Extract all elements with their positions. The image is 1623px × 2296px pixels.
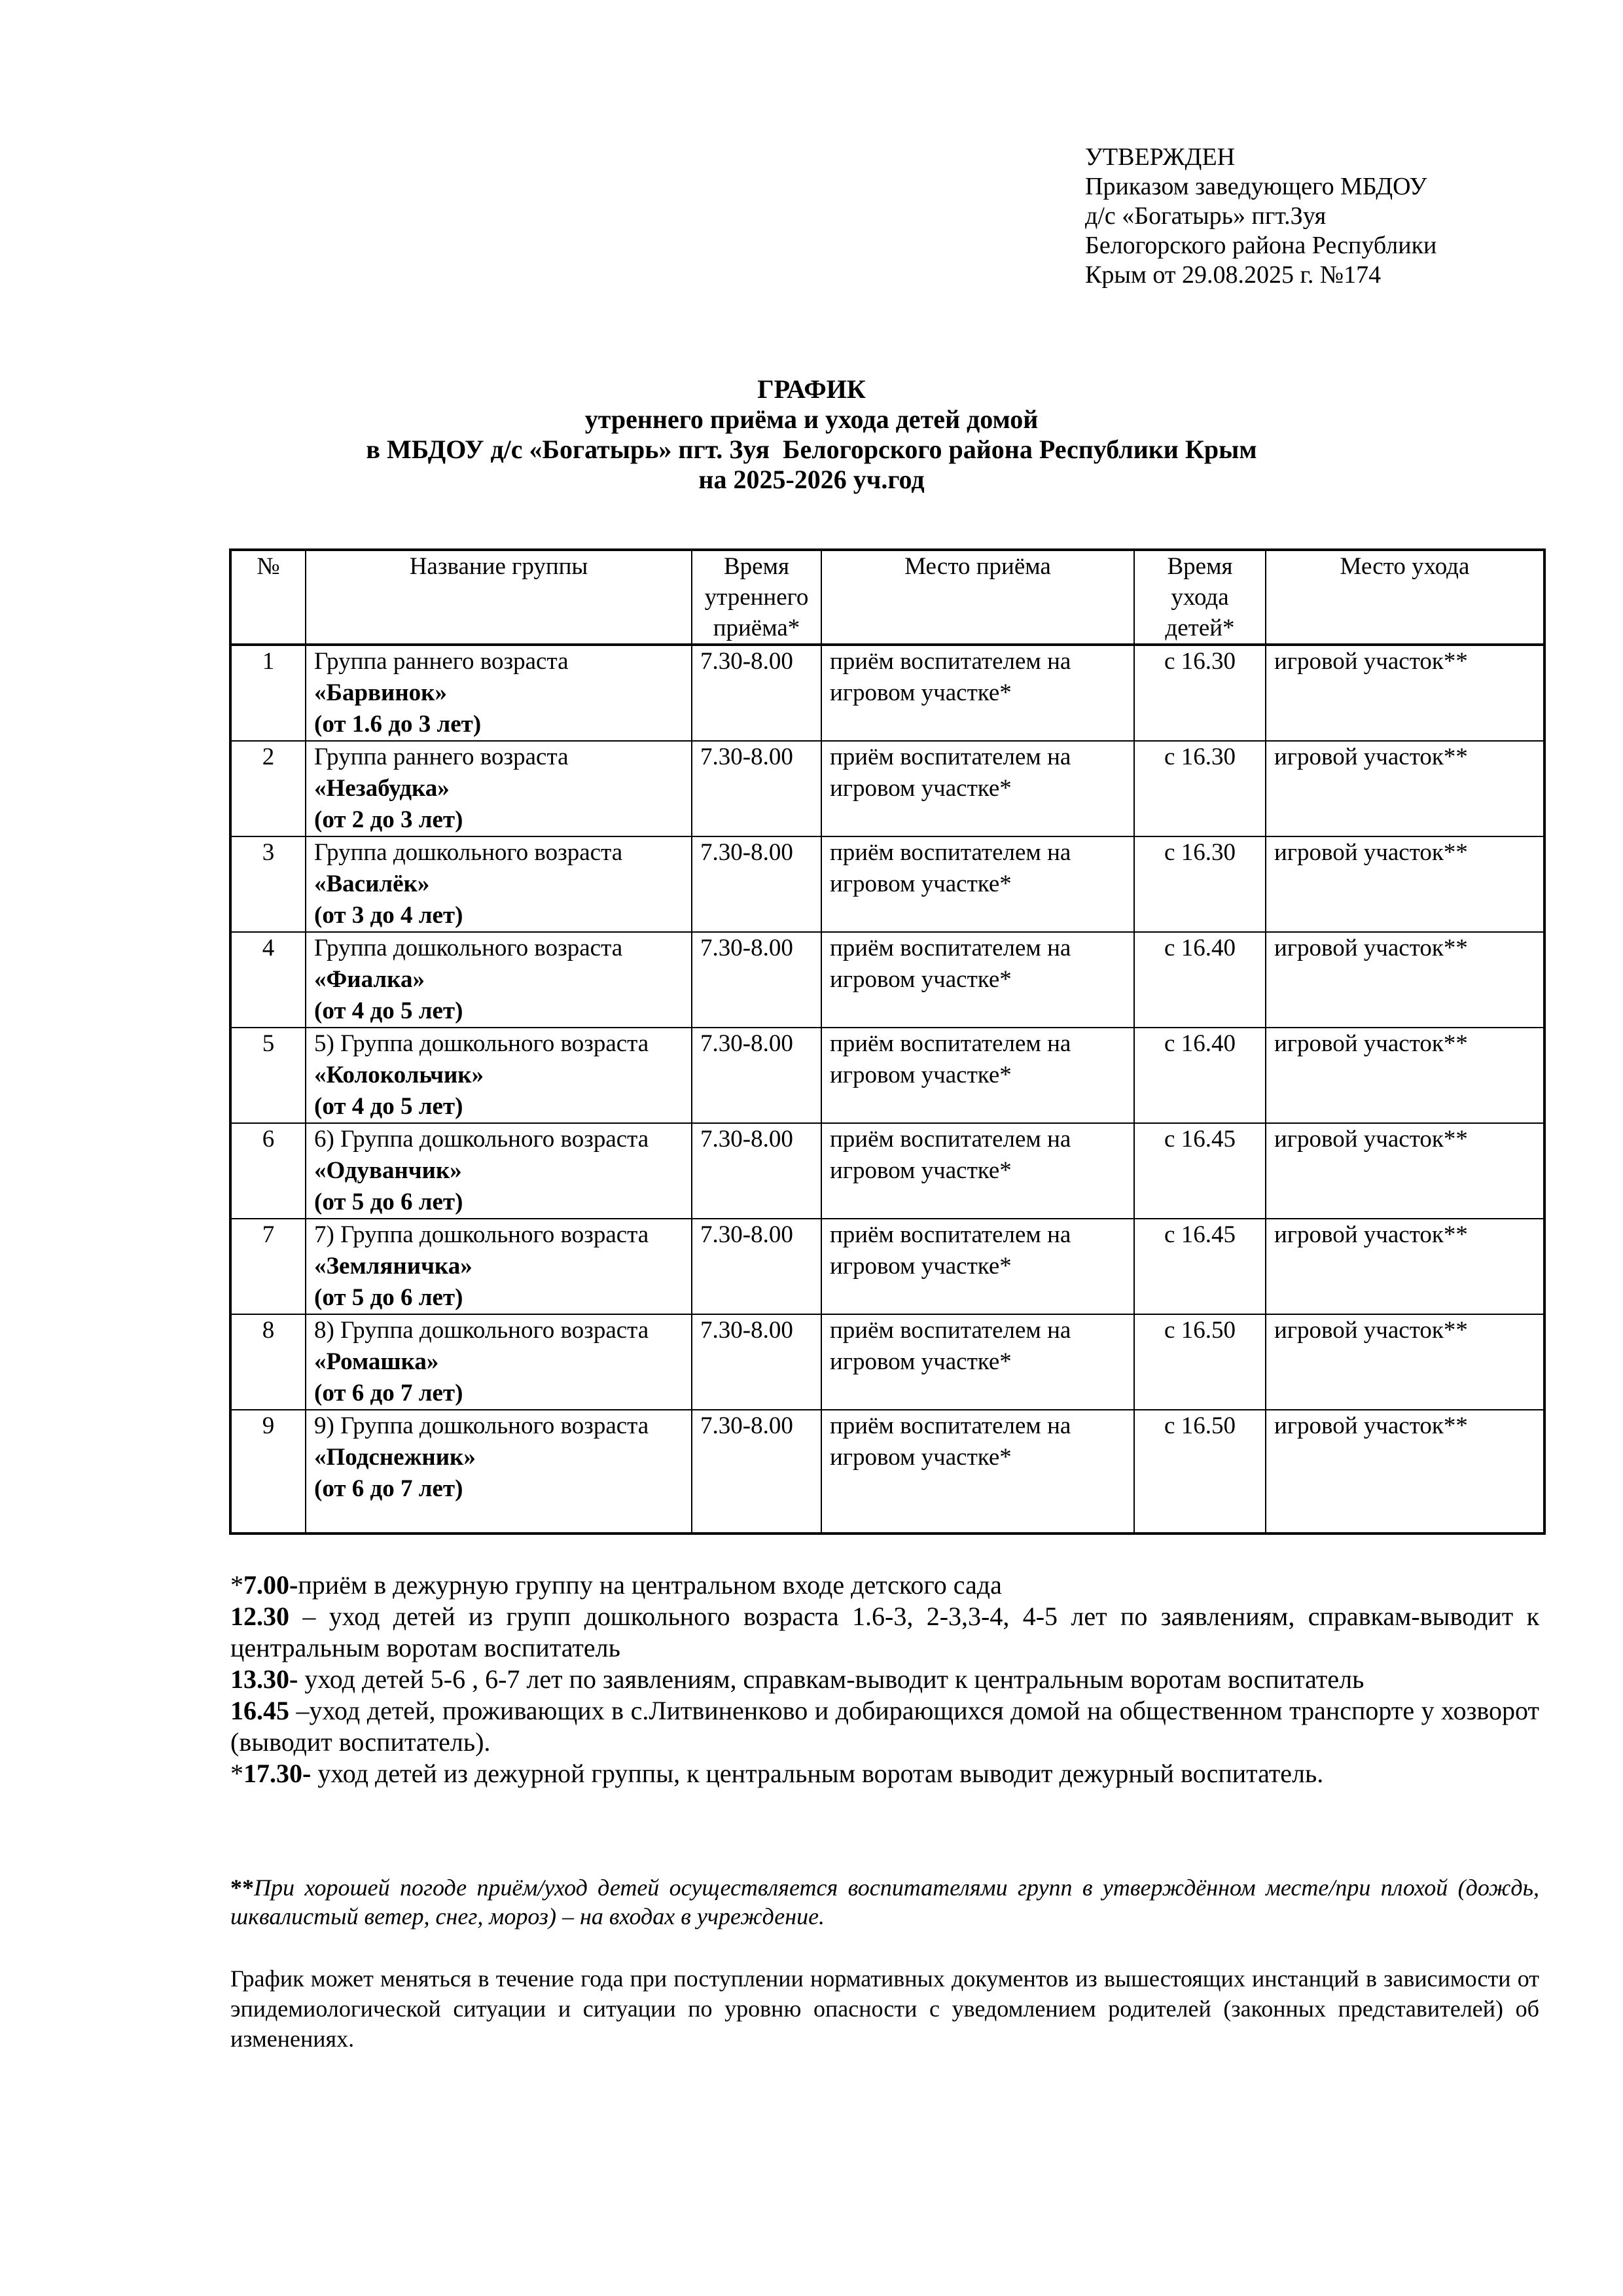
weather-note: **При хорошей погоде приём/уход детей ос… — [230, 1873, 1539, 1931]
group-prefix: 5) Группа дошкольного возраста — [314, 1030, 649, 1057]
approval-line: Крым от 29.08.2025 г. №174 — [1085, 260, 1436, 290]
footnote-time: 17.30- — [243, 1759, 311, 1788]
group-name: «Фиалка» — [314, 966, 425, 993]
cell-leave-time: с 16.40 — [1134, 1028, 1266, 1123]
cell-num: 5 — [230, 1028, 306, 1123]
group-age: (от 5 до 6 лет) — [314, 1187, 683, 1218]
cell-num: 2 — [230, 741, 306, 836]
approval-line: д/с «Богатырь» пгт.Зуя — [1085, 202, 1436, 231]
header-num: № — [230, 550, 306, 645]
cell-leave-place: игровой участок** — [1266, 932, 1544, 1028]
footnote-text: уход детей из дежурной группы, к централ… — [311, 1759, 1323, 1788]
cell-leave-place: игровой участок** — [1266, 1123, 1544, 1219]
approval-line: УТВЕРЖДЕН — [1085, 143, 1436, 172]
cell-group: 6) Группа дошкольного возраста «Одуванчи… — [306, 1123, 692, 1219]
cell-group: Группа раннего возраста «Барвинок»(от 1.… — [306, 645, 692, 741]
group-prefix: 7) Группа дошкольного возраста — [314, 1221, 649, 1248]
cell-leave-time: с 16.45 — [1134, 1123, 1266, 1219]
footnote-text: – уход детей из групп дошкольного возрас… — [230, 1602, 1539, 1662]
table-header-row: № Название группы Время утреннего приёма… — [230, 550, 1544, 645]
cell-leave-time: с 16.45 — [1134, 1219, 1266, 1314]
group-name: «Колокольчик» — [314, 1062, 484, 1088]
cell-arrival-place: приём воспитателем на игровом участке* — [821, 1123, 1134, 1219]
cell-arrival-time: 7.30-8.00 — [692, 1123, 821, 1219]
weather-note-text: При хорошей погоде приём/уход детей осущ… — [230, 1874, 1539, 1929]
footnote-time: 12.30 — [230, 1602, 289, 1631]
cell-leave-place: игровой участок** — [1266, 836, 1544, 932]
footnote-text: приём в дежурную группу на центральном в… — [298, 1570, 1002, 1600]
title-subtitle: утреннего приёма и ухода детей домой — [0, 404, 1623, 435]
table-row: 66) Группа дошкольного возраста «Одуванч… — [230, 1123, 1544, 1219]
cell-arrival-time: 7.30-8.00 — [692, 1410, 821, 1534]
cell-group: 5) Группа дошкольного возраста «Колоколь… — [306, 1028, 692, 1123]
cell-arrival-time: 7.30-8.00 — [692, 1028, 821, 1123]
cell-leave-time: с 16.40 — [1134, 932, 1266, 1028]
title-main: ГРАФИК — [0, 374, 1623, 404]
footnote-text: –уход детей, проживающих в с.Литвиненков… — [230, 1696, 1539, 1757]
cell-num: 1 — [230, 645, 306, 741]
footnote-text: уход детей 5-6 , 6-7 лет по заявлениям, … — [298, 1664, 1364, 1694]
group-age: (от 6 до 7 лет) — [314, 1378, 683, 1409]
cell-arrival-place: приём воспитателем на игровом участке* — [821, 741, 1134, 836]
cell-num: 3 — [230, 836, 306, 932]
table-row: 88) Группа дошкольного возраста «Ромашка… — [230, 1314, 1544, 1410]
footnote-item: 13.30- уход детей 5-6 , 6-7 лет по заявл… — [230, 1664, 1539, 1695]
cell-group: 8) Группа дошкольного возраста «Ромашка»… — [306, 1314, 692, 1410]
cell-num: 4 — [230, 932, 306, 1028]
cell-arrival-time: 7.30-8.00 — [692, 1219, 821, 1314]
header-leave-time: Время ухода детей* — [1134, 550, 1266, 645]
footnote-item: *7.00-приём в дежурную группу на централ… — [230, 1570, 1539, 1601]
table-row: 99) Группа дошкольного возраста «Подснеж… — [230, 1410, 1544, 1534]
cell-group: 7) Группа дошкольного возраста «Землянич… — [306, 1219, 692, 1314]
cell-num: 7 — [230, 1219, 306, 1314]
cell-num: 9 — [230, 1410, 306, 1534]
header-arrival-place: Место приёма — [821, 550, 1134, 645]
title-year: на 2025-2026 уч.год — [0, 465, 1623, 495]
cell-leave-place: игровой участок** — [1266, 1219, 1544, 1314]
group-prefix: Группа раннего возраста — [314, 744, 569, 770]
group-name: «Одуванчик» — [314, 1157, 462, 1184]
group-name: «Барвинок» — [314, 679, 447, 706]
footnote-star: * — [230, 1570, 243, 1600]
cell-leave-place: игровой участок** — [1266, 1028, 1544, 1123]
cell-group: Группа дошкольного возраста «Фиалка»(от … — [306, 932, 692, 1028]
approval-line: Приказом заведующего МБДОУ — [1085, 172, 1436, 202]
cell-arrival-time: 7.30-8.00 — [692, 836, 821, 932]
group-name: «Ромашка» — [314, 1348, 438, 1375]
schedule-table: № Название группы Время утреннего приёма… — [229, 548, 1546, 1535]
cell-leave-time: с 16.50 — [1134, 1314, 1266, 1410]
group-age: (от 1.6 до 3 лет) — [314, 709, 683, 740]
cell-arrival-place: приём воспитателем на игровом участке* — [821, 1028, 1134, 1123]
cell-arrival-time: 7.30-8.00 — [692, 1314, 821, 1410]
group-prefix: Группа дошкольного возраста — [314, 839, 622, 866]
table-row: 77) Группа дошкольного возраста «Земляни… — [230, 1219, 1544, 1314]
cell-arrival-place: приём воспитателем на игровом участке* — [821, 1314, 1134, 1410]
cell-arrival-place: приём воспитателем на игровом участке* — [821, 932, 1134, 1028]
footnotes: *7.00-приём в дежурную группу на централ… — [230, 1570, 1539, 1789]
footnote-item: 12.30 – уход детей из групп дошкольного … — [230, 1601, 1539, 1664]
cell-leave-time: с 16.30 — [1134, 645, 1266, 741]
cell-arrival-place: приём воспитателем на игровом участке* — [821, 1410, 1134, 1534]
footnote-item: *17.30- уход детей из дежурной группы, к… — [230, 1758, 1539, 1789]
group-name: «Василёк» — [314, 870, 429, 897]
group-prefix: 6) Группа дошкольного возраста — [314, 1126, 649, 1153]
weather-note-mark: ** — [230, 1874, 254, 1901]
group-name: «Незабудка» — [314, 775, 450, 802]
cell-num: 8 — [230, 1314, 306, 1410]
cell-num: 6 — [230, 1123, 306, 1219]
cell-group: Группа раннего возраста «Незабудка»(от 2… — [306, 741, 692, 836]
group-prefix: Группа раннего возраста — [314, 648, 569, 675]
cell-leave-place: игровой участок** — [1266, 1410, 1544, 1534]
cell-arrival-time: 7.30-8.00 — [692, 741, 821, 836]
group-prefix: Группа дошкольного возраста — [314, 935, 622, 961]
group-age: (от 4 до 5 лет) — [314, 996, 683, 1027]
group-prefix: 8) Группа дошкольного возраста — [314, 1317, 649, 1344]
final-note: График может меняться в течение года при… — [230, 1964, 1539, 2054]
cell-leave-place: игровой участок** — [1266, 645, 1544, 741]
cell-arrival-time: 7.30-8.00 — [692, 645, 821, 741]
footnote-time: 16.45 — [230, 1696, 289, 1725]
title-institution: в МБДОУ д/с «Богатырь» пгт. Зуя Белогорс… — [0, 435, 1623, 465]
cell-leave-place: игровой участок** — [1266, 741, 1544, 836]
group-age: (от 2 до 3 лет) — [314, 804, 683, 836]
group-age: (от 4 до 5 лет) — [314, 1091, 683, 1122]
header-group: Название группы — [306, 550, 692, 645]
footnote-time: 13.30- — [230, 1664, 298, 1694]
table-row: 2Группа раннего возраста «Незабудка»(от … — [230, 741, 1544, 836]
cell-leave-time: с 16.30 — [1134, 741, 1266, 836]
table-row: 3Группа дошкольного возраста «Василёк»(о… — [230, 836, 1544, 932]
cell-leave-time: с 16.50 — [1134, 1410, 1266, 1534]
cell-group: Группа дошкольного возраста «Василёк»(от… — [306, 836, 692, 932]
cell-arrival-place: приём воспитателем на игровом участке* — [821, 1219, 1134, 1314]
cell-arrival-time: 7.30-8.00 — [692, 932, 821, 1028]
group-age: (от 5 до 6 лет) — [314, 1282, 683, 1314]
group-age: (от 3 до 4 лет) — [314, 900, 683, 931]
approval-line: Белогорского района Республики — [1085, 231, 1436, 260]
header-arrival-time: Время утреннего приёма* — [692, 550, 821, 645]
header-leave-place: Место ухода — [1266, 550, 1544, 645]
footnote-item: 16.45 –уход детей, проживающих в с.Литви… — [230, 1695, 1539, 1758]
group-name: «Земляничка» — [314, 1253, 473, 1280]
table-row: 55) Группа дошкольного возраста «Колокол… — [230, 1028, 1544, 1123]
cell-group: 9) Группа дошкольного возраста «Подснежн… — [306, 1410, 692, 1534]
cell-arrival-place: приём воспитателем на игровом участке* — [821, 836, 1134, 932]
approval-stamp: УТВЕРЖДЕН Приказом заведующего МБДОУ д/с… — [1085, 143, 1436, 290]
group-age: (от 6 до 7 лет) — [314, 1473, 683, 1505]
footnote-star: * — [230, 1759, 243, 1788]
table-row: 1Группа раннего возраста «Барвинок»(от 1… — [230, 645, 1544, 741]
cell-leave-place: игровой участок** — [1266, 1314, 1544, 1410]
document-title: ГРАФИК утреннего приёма и ухода детей до… — [0, 374, 1623, 495]
group-prefix: 9) Группа дошкольного возраста — [314, 1412, 649, 1439]
group-name: «Подснежник» — [314, 1444, 476, 1471]
cell-arrival-place: приём воспитателем на игровом участке* — [821, 645, 1134, 741]
cell-leave-time: с 16.30 — [1134, 836, 1266, 932]
table-row: 4Группа дошкольного возраста «Фиалка»(от… — [230, 932, 1544, 1028]
footnote-time: 7.00- — [243, 1570, 298, 1600]
